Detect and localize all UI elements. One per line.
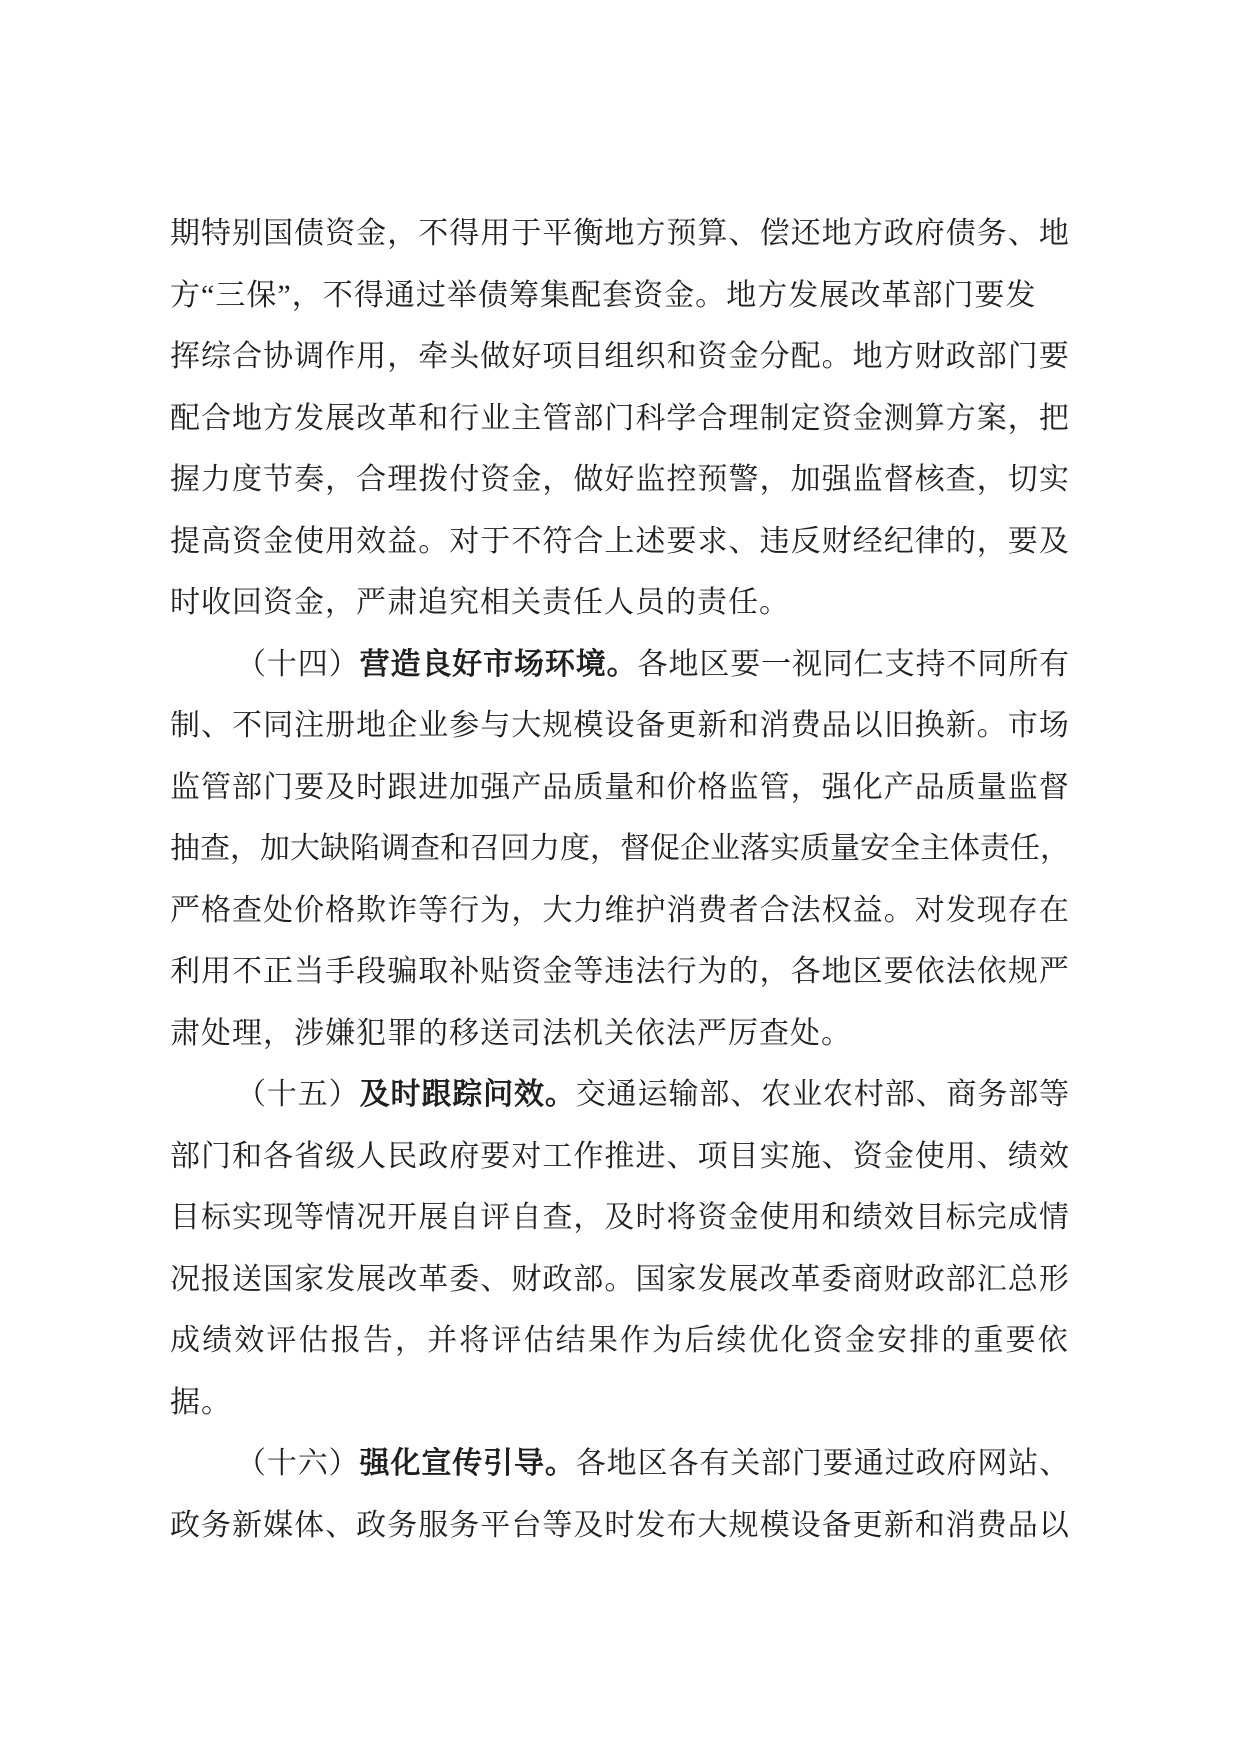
- text-run: 各地区各有关部门要通过政府网站、: [576, 1447, 1070, 1480]
- text-run: 方“三保”，不得通过举债筹集配套资金。地方发展改革部门要发: [170, 279, 1037, 312]
- document-line: 据。: [170, 1372, 1072, 1434]
- text-run: 抽查，加大缺陷调查和召回力度，督促企业落实质量安全主体责任，: [170, 832, 1070, 865]
- text-run: 提高资金使用效益。对于不符合上述要求、违反财经纪律的，要及: [170, 525, 1070, 558]
- document-line: 况报送国家发展改革委、财政部。国家发展改革委商财政部汇总形: [170, 1249, 1072, 1311]
- document-line: 握力度节奏，合理拨付资金，做好监控预警，加强监督核查，切实: [170, 449, 1072, 511]
- text-run: 利用不正当手段骗取补贴资金等违法行为的，各地区要依法依规严: [170, 955, 1070, 988]
- document-line: 政务新媒体、政务服务平台等及时发布大规模设备更新和消费品以: [170, 1495, 1072, 1557]
- text-run: 部门和各省级人民政府要对工作推进、项目实施、资金使用、绩效: [170, 1140, 1070, 1173]
- document-line: 期特别国债资金，不得用于平衡地方预算、偿还地方政府债务、地: [170, 203, 1072, 265]
- section-heading: 及时跟踪问效。: [360, 1078, 576, 1111]
- text-run: 肃处理，涉嫌犯罪的移送司法机关依法严厉查处。: [170, 1017, 852, 1050]
- section-heading: 强化宣传引导。: [360, 1447, 576, 1480]
- text-run: 目标实现等情况开展自评自查，及时将资金使用和绩效目标完成情: [170, 1201, 1070, 1234]
- document-line: 监管部门要及时跟进加强产品质量和价格监管，强化产品质量监督: [170, 757, 1072, 819]
- document-line: 部门和各省级人民政府要对工作推进、项目实施、资金使用、绩效: [170, 1126, 1072, 1188]
- document-line: 肃处理，涉嫌犯罪的移送司法机关依法严厉查处。: [170, 1003, 1072, 1065]
- document-line: （十四）营造良好市场环境。各地区要一视同仁支持不同所有: [170, 634, 1072, 696]
- text-run: 期特别国债资金，不得用于平衡地方预算、偿还地方政府债务、地: [170, 217, 1070, 250]
- text-run: 政务新媒体、政务服务平台等及时发布大规模设备更新和消费品以: [170, 1509, 1070, 1542]
- text-run: 时收回资金，严肃追究相关责任人员的责任。: [170, 586, 790, 619]
- document-line: （十六）强化宣传引导。各地区各有关部门要通过政府网站、: [170, 1433, 1072, 1495]
- document-text-block: 期特别国债资金，不得用于平衡地方预算、偿还地方政府债务、地方“三保”，不得通过举…: [170, 203, 1072, 1556]
- document-line: 提高资金使用效益。对于不符合上述要求、违反财经纪律的，要及: [170, 511, 1072, 573]
- text-run: 成绩效评估报告，并将评估结果作为后续优化资金安排的重要依: [170, 1324, 1070, 1357]
- document-page: 期特别国债资金，不得用于平衡地方预算、偿还地方政府债务、地方“三保”，不得通过举…: [0, 0, 1240, 1753]
- text-run: （十四）: [236, 648, 360, 681]
- text-run: 各地区要一视同仁支持不同所有: [638, 648, 1070, 681]
- document-line: 利用不正当手段骗取补贴资金等违法行为的，各地区要依法依规严: [170, 941, 1072, 1003]
- section-heading: 营造良好市场环境。: [360, 648, 638, 681]
- text-run: 监管部门要及时跟进加强产品质量和价格监管，强化产品质量监督: [170, 771, 1070, 804]
- document-line: 配合地方发展改革和行业主管部门科学合理制定资金测算方案，把: [170, 388, 1072, 450]
- document-line: 方“三保”，不得通过举债筹集配套资金。地方发展改革部门要发: [170, 265, 1072, 327]
- text-run: 配合地方发展改革和行业主管部门科学合理制定资金测算方案，把: [170, 402, 1070, 435]
- text-run: 况报送国家发展改革委、财政部。国家发展改革委商财政部汇总形: [170, 1263, 1070, 1296]
- document-line: 时收回资金，严肃追究相关责任人员的责任。: [170, 572, 1072, 634]
- text-run: 严格查处价格欺诈等行为，大力维护消费者合法权益。对发现存在: [170, 894, 1070, 927]
- text-run: 制、不同注册地企业参与大规模设备更新和消费品以旧换新。市场: [170, 709, 1070, 742]
- document-line: 制、不同注册地企业参与大规模设备更新和消费品以旧换新。市场: [170, 695, 1072, 757]
- text-run: 交通运输部、农业农村部、商务部等: [576, 1078, 1070, 1111]
- text-run: 挥综合协调作用，牵头做好项目组织和资金分配。地方财政部门要: [170, 340, 1070, 373]
- document-line: 挥综合协调作用，牵头做好项目组织和资金分配。地方财政部门要: [170, 326, 1072, 388]
- document-line: 抽查，加大缺陷调查和召回力度，督促企业落实质量安全主体责任，: [170, 818, 1072, 880]
- document-line: 成绩效评估报告，并将评估结果作为后续优化资金安排的重要依: [170, 1310, 1072, 1372]
- document-line: 严格查处价格欺诈等行为，大力维护消费者合法权益。对发现存在: [170, 880, 1072, 942]
- text-run: （十五）: [236, 1078, 360, 1111]
- text-run: 据。: [170, 1386, 232, 1419]
- text-run: （十六）: [236, 1447, 360, 1480]
- text-run: 握力度节奏，合理拨付资金，做好监控预警，加强监督核查，切实: [170, 463, 1070, 496]
- document-line: 目标实现等情况开展自评自查，及时将资金使用和绩效目标完成情: [170, 1187, 1072, 1249]
- document-line: （十五）及时跟踪问效。交通运输部、农业农村部、商务部等: [170, 1064, 1072, 1126]
